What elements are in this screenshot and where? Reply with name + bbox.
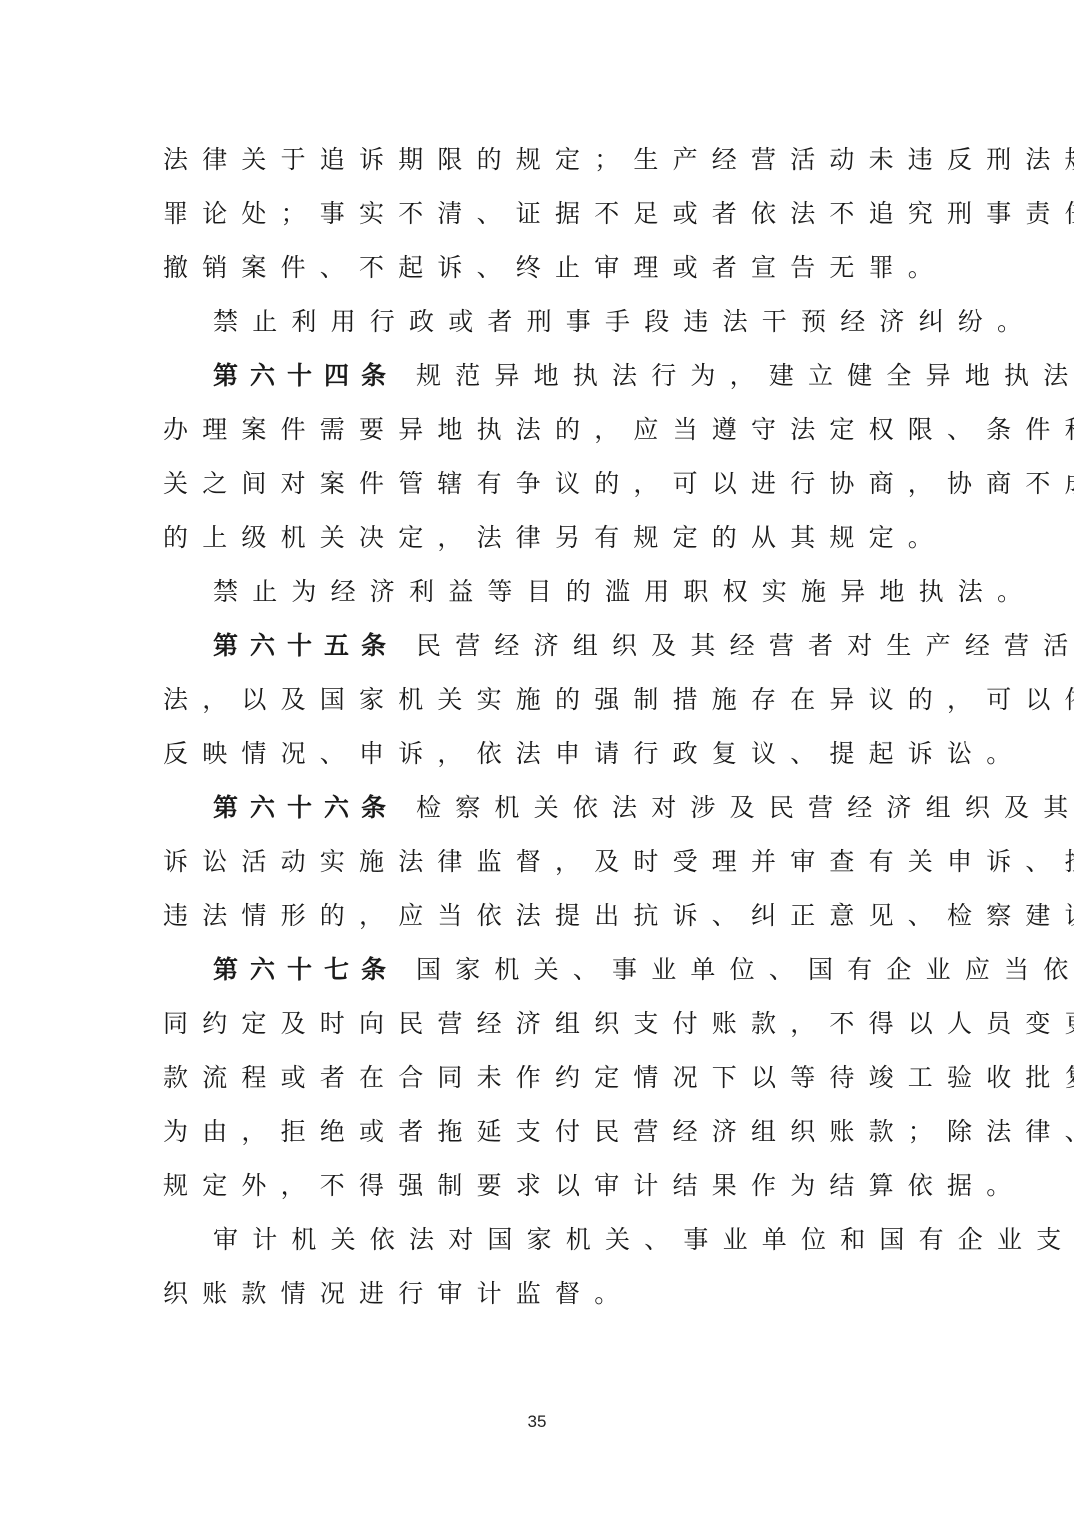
text-line: 审计机关依法对国家机关、事业单位和国有企业支付民营经济组 [163, 1213, 915, 1267]
article-64: 第六十四条规范异地执法行为，建立健全异地执法协助制度。 办理案件需要异地执法的，… [163, 349, 915, 565]
article-number: 第六十七条 [213, 955, 398, 984]
article-first-line: 第六十六条检察机关依法对涉及民营经济组织及其经营者的 [163, 781, 915, 835]
text-line: 民营经济组织及其经营者对生产经营活动是否违 [416, 631, 1074, 660]
article-number: 第六十四条 [213, 361, 398, 390]
text-line: 款流程或者在合同未作约定情况下以等待竣工验收批复、决算审计等 [163, 1051, 915, 1105]
text-line: 规范异地执法行为，建立健全异地执法协助制度。 [416, 361, 1074, 390]
text-line: 规定外，不得强制要求以审计结果作为结算依据。 [163, 1159, 915, 1213]
text-line: 反映情况、申诉，依法申请行政复议、提起诉讼。 [163, 727, 915, 781]
article-66: 第六十六条检察机关依法对涉及民营经济组织及其经营者的 诉讼活动实施法律监督，及时… [163, 781, 915, 943]
paragraph-continuation: 法律关于追诉期限的规定；生产经营活动未违反刑法规定的，不以犯 罪论处；事实不清、… [163, 133, 915, 295]
text-line: 禁止利用行政或者刑事手段违法干预经济纠纷。 [163, 295, 915, 349]
text-line: 同约定及时向民营经济组织支付账款，不得以人员变更、履行内部付 [163, 997, 915, 1051]
article-67: 第六十七条国家机关、事业单位、国有企业应当依法或者依合 同约定及时向民营经济组织… [163, 943, 915, 1213]
document-page: 法律关于追诉期限的规定；生产经营活动未违反刑法规定的，不以犯 罪论处；事实不清、… [163, 133, 915, 1321]
text-line: 国家机关、事业单位、国有企业应当依法或者依合 [416, 955, 1074, 984]
text-line: 法律关于追诉期限的规定；生产经营活动未违反刑法规定的，不以犯 [163, 133, 915, 187]
text-line: 为由，拒绝或者拖延支付民营经济组织账款；除法律、行政法规另有 [163, 1105, 915, 1159]
article-65: 第六十五条民营经济组织及其经营者对生产经营活动是否违 法，以及国家机关实施的强制… [163, 619, 915, 781]
paragraph: 审计机关依法对国家机关、事业单位和国有企业支付民营经济组 织账款情况进行审计监督… [163, 1213, 915, 1321]
text-line: 法，以及国家机关实施的强制措施存在异议的，可以依法向有关机关 [163, 673, 915, 727]
text-line: 关之间对案件管辖有争议的，可以进行协商，协商不成的，提请共同 [163, 457, 915, 511]
text-line: 诉讼活动实施法律监督，及时受理并审查有关申诉、控告。发现存在 [163, 835, 915, 889]
article-first-line: 第六十四条规范异地执法行为，建立健全异地执法协助制度。 [163, 349, 915, 403]
text-line: 罪论处；事实不清、证据不足或者依法不追究刑事责任的，应当依法 [163, 187, 915, 241]
text-line: 禁止为经济利益等目的滥用职权实施异地执法。 [163, 565, 915, 619]
text-line: 检察机关依法对涉及民营经济组织及其经营者的 [416, 793, 1074, 822]
text-line: 的上级机关决定，法律另有规定的从其规定。 [163, 511, 915, 565]
paragraph: 禁止利用行政或者刑事手段违法干预经济纠纷。 [163, 295, 915, 349]
article-number: 第六十六条 [213, 793, 398, 822]
article-number: 第六十五条 [213, 631, 398, 660]
text-line: 撤销案件、不起诉、终止审理或者宣告无罪。 [163, 241, 915, 295]
article-first-line: 第六十七条国家机关、事业单位、国有企业应当依法或者依合 [163, 943, 915, 997]
text-line: 织账款情况进行审计监督。 [163, 1267, 915, 1321]
article-first-line: 第六十五条民营经济组织及其经营者对生产经营活动是否违 [163, 619, 915, 673]
text-line: 办理案件需要异地执法的，应当遵守法定权限、条件和程序。国家机 [163, 403, 915, 457]
paragraph: 禁止为经济利益等目的滥用职权实施异地执法。 [163, 565, 915, 619]
page-number: 35 [0, 1412, 1074, 1432]
text-line: 违法情形的，应当依法提出抗诉、纠正意见、检察建议。 [163, 889, 915, 943]
